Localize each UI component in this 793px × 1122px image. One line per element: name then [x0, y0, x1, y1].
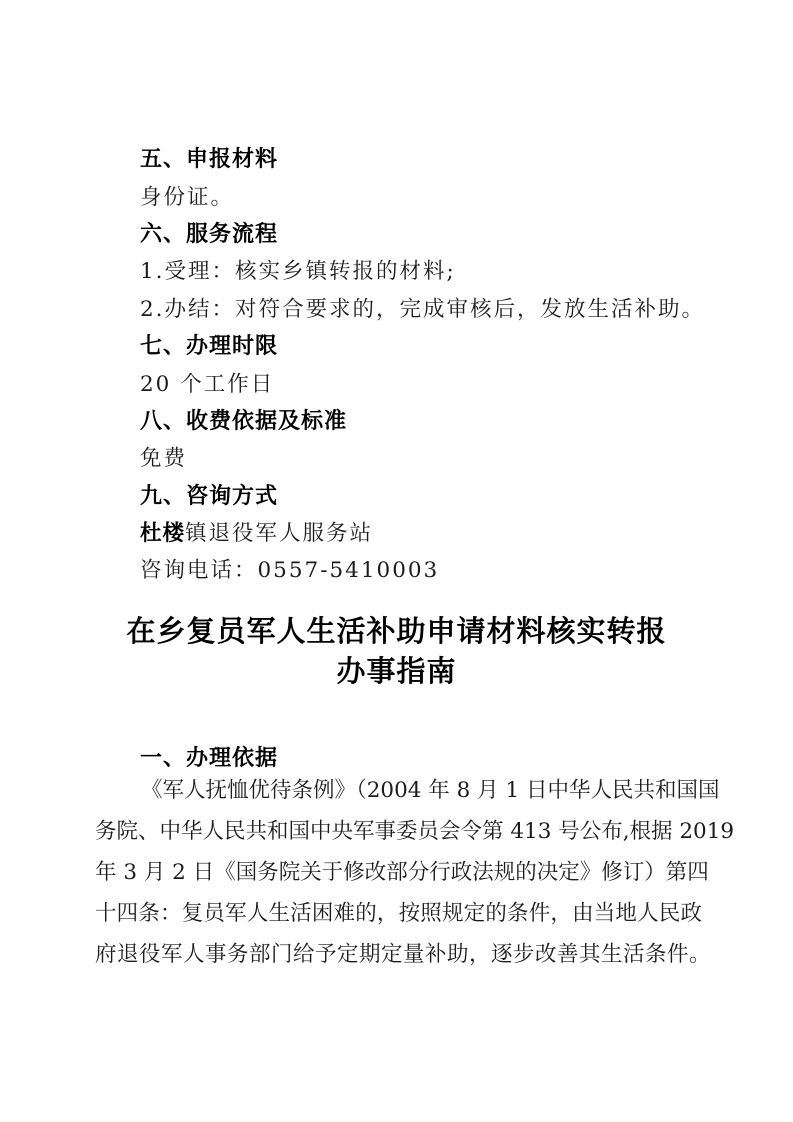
title-line-2: 办事指南 — [0, 652, 793, 692]
basis-section-heading: 一、办理依据 — [140, 741, 278, 772]
paragraph-line-5: 府退役军人事务部门给予定期定量补助，逐步改善其生活条件。 — [95, 934, 702, 975]
legal-basis-paragraph: 《军人抚恤优待条例》（2004 年 8 月 1 日中华人民共和国国 务院、中华人… — [95, 770, 702, 975]
section-heading-materials: 五、申报材料 — [140, 139, 720, 176]
paragraph-line-3: 年 3 月 2 日《国务院关于修改部分行政法规的决定》修订）第四 — [95, 852, 702, 893]
time-limit-value: 20 个工作日 — [140, 363, 720, 400]
paragraph-line-4: 十四条：复员军人生活困难的，按照规定的条件，由当地人民政 — [95, 893, 702, 934]
station-name-rest: 镇退役军人服务站 — [185, 516, 373, 547]
title-line-1: 在乡复员军人生活补助申请材料核实转报 — [0, 612, 793, 652]
section-heading-time-limit: 七、办理时限 — [140, 326, 720, 363]
paragraph-line-2: 务院、中华人民共和国中央军事委员会令第 413 号公布,根据 2019 — [95, 811, 702, 852]
consult-station-line: 杜楼镇退役军人服务站 — [140, 513, 720, 550]
document-title: 在乡复员军人生活补助申请材料核实转报 办事指南 — [0, 612, 793, 692]
document-page: 五、申报材料 身份证。 六、服务流程 1.受理：核实乡镇转报的材料; 2.办结：… — [0, 0, 793, 1122]
service-guide-list: 五、申报材料 身份证。 六、服务流程 1.受理：核实乡镇转报的材料; 2.办结：… — [140, 139, 720, 588]
consult-phone-line: 咨询电话：0557-5410003 — [140, 550, 720, 587]
station-name-bold: 杜楼 — [140, 516, 185, 547]
process-step-2: 2.办结：对符合要求的，完成审核后，发放生活补助。 — [140, 289, 720, 326]
section-body-materials: 身份证。 — [140, 176, 720, 213]
paragraph-line-1: 《军人抚恤优待条例》（2004 年 8 月 1 日中华人民共和国国 — [95, 770, 702, 811]
fees-value: 免费 — [140, 438, 720, 475]
section-heading-consultation: 九、咨询方式 — [140, 476, 720, 513]
process-step-1: 1.受理：核实乡镇转报的材料; — [140, 251, 720, 288]
section-heading-process: 六、服务流程 — [140, 214, 720, 251]
section-heading-fees: 八、收费依据及标准 — [140, 401, 720, 438]
